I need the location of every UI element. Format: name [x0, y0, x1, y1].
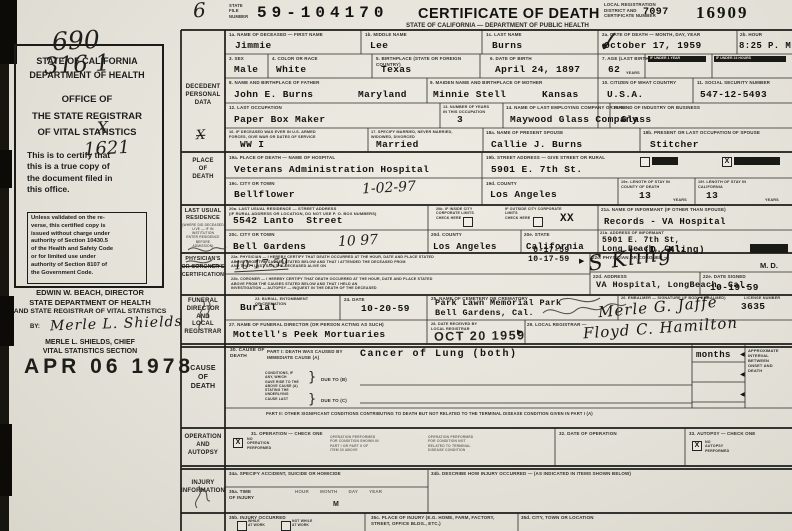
at-work-label: WHILE AT WORK — [248, 519, 265, 528]
funeral-director-value: Mottell's Peek Mortuaries — [233, 330, 386, 341]
stay-county-unit: YEARS — [673, 198, 687, 203]
conditions-label: CONDITIONS, IF ANY, WHICH GAVE RISE TO T… — [265, 371, 311, 401]
burial-date-label: 24. DATE — [344, 297, 365, 303]
street-checkbox-marked: X — [722, 157, 732, 167]
immediate-cause-value: Cancer of Lung (both) — [360, 349, 518, 361]
operation-option-1: OPERATION PERFORMED FOR CONDITION SHOWN … — [330, 435, 398, 452]
section-operation-autopsy: OPERATION AND AUTOPSY — [181, 434, 225, 457]
death-county-label: 19d. COUNTY — [486, 181, 517, 187]
cause-box-label: 30. CAUSE OF DEATH — [230, 348, 268, 360]
due-to-b-label: DUE TO (B) — [321, 377, 347, 383]
age-unit-label: YEARS — [626, 71, 640, 76]
typed-attendance-dates: 0-17-59 10-17-59 — [528, 246, 570, 264]
director-name-line: EDWIN W. BEACH, DIRECTOR — [2, 288, 178, 297]
death-city-value: Bellflower — [234, 190, 295, 201]
interval-arrow-1: ◀ — [740, 352, 745, 358]
certificate-number: 16909 — [696, 4, 749, 21]
date-signed-value: 10-19-59 — [710, 283, 759, 294]
hour-value: 8:25 P. M — [739, 41, 791, 51]
injury-city-label: 35d. CITY, TOWN OR LOCATION — [521, 515, 594, 521]
industry-label: 15. KIND OF INDUSTRY OR BUSINESS — [613, 105, 700, 111]
certificate-title: CERTIFICATE OF DEATH — [418, 7, 600, 22]
residence-city-label: 20c. CITY OR TOWN — [229, 232, 275, 238]
stay-state-unit: YEARS — [765, 198, 779, 203]
accident-specify-label: 34a. SPECIFY ACCIDENT, SUICIDE OR HOMICI… — [229, 471, 341, 477]
signer-label-bar — [750, 244, 788, 253]
occupation-label: 12. LAST OCCUPATION — [229, 105, 282, 111]
citizenship-label: 10. CITIZEN OF WHAT COUNTRY — [602, 80, 676, 86]
chief-name-line: MERLE L. SHIELDS, CHIEF — [20, 338, 160, 347]
no-autopsy-checkbox: X — [692, 441, 702, 451]
ssn-value: 547-12-5493 — [700, 90, 767, 101]
mother-birthplace-value: Kansas — [542, 90, 579, 101]
certificate-subtitle: STATE OF CALIFORNIA — DEPARTMENT OF PUBL… — [406, 23, 589, 29]
no-operation-checkbox: X — [233, 438, 243, 448]
validation-notice-box: Unless validated on the re- verse, this … — [27, 212, 147, 284]
not-at-work-label: NOT WHILE AT WORK — [292, 519, 312, 528]
time-columns-header: HOUR MONTH DAY YEAR — [295, 489, 382, 495]
sex-label: 3. SEX — [229, 56, 244, 62]
pointer-arrow-right: ▶ — [579, 258, 584, 265]
district-number: 7097 — [643, 7, 669, 19]
cause-part1-label: PART I: DEATH WAS CAUSED BY IMMEDIATE CA… — [267, 349, 357, 360]
describe-injury-label: 34b. DESCRIBE HOW INJURY OCCURRED — (AS … — [431, 471, 631, 477]
handwritten-six: 6 — [192, 0, 206, 20]
state-file-number-label: STATE FILE NUMBER — [229, 3, 259, 19]
stay-state-value: 13 — [706, 191, 718, 202]
by-label: BY: — [30, 324, 40, 330]
age-value: 62 — [608, 65, 620, 76]
occupation-value: Paper Box Maker — [234, 115, 326, 126]
conditions-brace-c: } — [308, 393, 316, 406]
physician-address-label: 22d. ADDRESS — [593, 274, 627, 280]
funeral-director-label: 27. NAME OF FUNERAL DIRECTOR (OR PERSON … — [229, 322, 384, 328]
race-label: 4. COLOR OR RACE — [272, 56, 318, 62]
employer-value: Maywood Glass Company — [510, 115, 638, 126]
section-last-usual-residence: LAST USUAL RESIDENCE — [181, 208, 225, 222]
no-operation-label: NO OPERATION PERFORMED — [247, 437, 271, 450]
years-occupation-value: 3 — [457, 115, 463, 126]
pointer-arrow-right-2: ▶ — [517, 329, 522, 336]
spouse-value: Callie J. Burns — [491, 140, 583, 151]
employer-label: 14. NAME OF LAST EMPLOYING COMPANY OR FI… — [506, 105, 626, 111]
section-certification-line3: CERTIFICATION — [181, 272, 225, 279]
outside-limits-checkbox — [533, 217, 543, 227]
date-of-death-label: 2a. DATE OF DEATH — MONTH, DAY, YEAR — [602, 32, 700, 38]
filing-date-stamp: APR 06 1978 — [24, 356, 194, 377]
father-birthplace-value: Maryland — [358, 90, 407, 101]
marital-value: Married — [376, 140, 419, 151]
received-date-stamp: OCT 20 1959 — [434, 329, 526, 343]
death-certificate-scan: STATE FILE NUMBER 59-104170 CERTIFICATE … — [0, 0, 792, 531]
sex-value: Male — [234, 65, 258, 76]
residence-city-value: Bell Gardens — [233, 242, 306, 253]
date-signed-label: 22e. DATE SIGNED — [703, 274, 746, 280]
death-street-value: 5901 E. 7th St. — [491, 165, 583, 176]
residence-state-label: 20e. STATE — [524, 232, 550, 238]
sidebar-office-line: OFFICE OF — [16, 94, 158, 105]
state-file-number: 59-104170 — [257, 4, 388, 22]
section-certification-line1: PHYSICIAN'S — [181, 256, 225, 263]
years-occupation-label: 13. NUMBER OF YEARS IN THIS OCCUPATION — [443, 105, 499, 114]
residence-county-value: Los Angeles — [433, 242, 497, 252]
local-registrar-label: 29. LOCAL REGISTRAR — — [527, 322, 587, 328]
first-name-value: Jimmie — [235, 41, 272, 52]
hospital-value: Veterans Administration Hospital — [234, 165, 429, 176]
last-name-value: Burns — [492, 41, 523, 52]
middle-name-value: Lee — [370, 41, 388, 52]
mother-name-value: Minnie Stell — [433, 90, 506, 101]
ssn-label: 11. SOCIAL SECURITY NUMBER — [697, 80, 770, 86]
death-street-label: 19b. STREET ADDRESS — GIVE STREET OR RUR… — [486, 155, 636, 161]
handwritten-city-note: 1-02-97 — [362, 180, 417, 197]
embalmer-license-value: 3635 — [741, 302, 765, 313]
residence-street-value: 5542 Lanto Street — [233, 216, 343, 227]
stay-county-value: 13 — [639, 191, 651, 202]
street-checkbox-empty — [640, 157, 650, 167]
place-of-injury-label: 35c. PLACE OF INJURY (E.G. HOME, FARM, F… — [371, 515, 511, 526]
meridiem-mark: M — [333, 501, 339, 508]
age-under-24-label: IF UNDER 24 HOURS — [716, 57, 751, 61]
middle-name-label: 1b. MIDDLE NAME — [365, 32, 407, 38]
due-to-c-label: DUE TO (C) — [321, 398, 347, 404]
father-label: 8. NAME AND BIRTHPLACE OF FATHER — [229, 80, 320, 86]
mother-label: 9. MAIDEN NAME AND BIRTHPLACE OF MOTHER — [430, 80, 542, 86]
sidebar-dept-line: DEPARTMENT OF HEALTH — [16, 70, 158, 81]
section-decedent-personal-data: DECEDENT PERSONAL DATA — [181, 84, 225, 107]
street-label-bar-2 — [734, 157, 780, 165]
at-work-checkbox — [237, 521, 247, 531]
citizenship-value: U.S.A. — [607, 90, 644, 101]
death-county-value: Los Angeles — [490, 190, 557, 201]
interval-arrow-2: ◀ — [740, 372, 745, 378]
industry-value: Glass — [621, 115, 652, 126]
birthplace-value: Texas — [381, 65, 412, 76]
spouse-label: 18a. NAME OF PRESENT SPOUSE — [486, 130, 563, 136]
sidebar-vital-line: OF VITAL STATISTICS — [16, 127, 158, 138]
section-certification-line2: OR CORONER'S — [181, 264, 225, 271]
military-value: WW I — [240, 140, 264, 151]
section-residence-note: (WHERE DID DECEASED LIVE — IF IN INSTITU… — [181, 223, 225, 248]
last-name-label: 1c. LAST NAME — [486, 32, 522, 38]
section-place-of-death: PLACE OF DEATH — [181, 158, 225, 181]
date-of-birth-value: April 24, 1897 — [495, 65, 580, 76]
degree-label: M. D. — [760, 262, 778, 270]
interval-label: APPROXIMATE INTERVAL BETWEEN ONSET AND D… — [748, 348, 790, 373]
spouse-occupation-label: 18b. PRESENT OR LAST OCCUPATION OF SPOUS… — [643, 130, 760, 136]
interval-arrow-3: ◀ — [740, 392, 745, 398]
residence-county-label: 20d. COUNTY — [431, 232, 462, 238]
race-value: White — [276, 65, 307, 76]
stay-county-label: 19e. LENGTH OF STAY IN COUNTY OF DEATH — [621, 180, 691, 189]
cemetery-value: Park Lawn Memorial Park Bell Gardens, Ca… — [435, 299, 562, 319]
autopsy-label: 33. AUTOPSY — CHECK ONE — [689, 431, 755, 437]
director-dept-line: STATE DEPARTMENT OF HEALTH — [2, 298, 178, 307]
date-of-birth-label: 6. DATE OF BIRTH — [490, 56, 532, 62]
informant-name-label: 21a. NAME OF INFORMANT (IF OTHER THAN SP… — [601, 207, 726, 213]
age-under-one-label: IF UNDER 1 YEAR — [650, 57, 680, 61]
burial-date-value: 10-20-59 — [361, 304, 410, 315]
operation-label: 31. OPERATION — CHECK ONE — [251, 431, 323, 437]
date-of-death-value: October 17, 1959 — [604, 41, 702, 52]
sidebar-registrar-line: THE STATE REGISTRAR — [16, 111, 158, 122]
death-city-label: 19c. CITY OR TOWN — [229, 181, 275, 187]
conditions-brace-b: } — [308, 371, 316, 384]
hospital-label: 19a. PLACE OF DEATH — NAME OF HOSPITAL — [229, 155, 335, 161]
not-at-work-checkbox — [281, 521, 291, 531]
inside-limits-checkbox — [463, 217, 473, 227]
informant-address-label: 21b. ADDRESS OF INFORMANT — [600, 230, 664, 235]
coroner-certify-label: 22b. CORONER — I HEREBY CERTIFY THAT DEA… — [231, 277, 531, 291]
informant-name-value: Records - VA Hospital — [604, 217, 726, 227]
no-autopsy-label: NO AUTOPSY PERFORMED — [705, 440, 729, 453]
cause-part2-label: PART II: OTHER SIGNIFICANT CONDITIONS CO… — [266, 411, 706, 416]
handwritten-crossed-x: X — [196, 129, 206, 142]
street-label-bar — [652, 157, 678, 165]
hour-label: 2b. HOUR — [740, 32, 762, 38]
father-name-value: John E. Burns — [234, 90, 313, 101]
sidebar-state-line: STATE OF CALIFORNIA — [16, 56, 158, 67]
operation-date-label: 32. DATE OF OPERATION — [559, 431, 617, 437]
handwritten-residence-note: 10 97 — [338, 233, 379, 249]
section-funeral-director: FUNERAL DIRECTOR AND LOCAL REGISTRAR — [181, 298, 225, 337]
interval-value: months — [696, 350, 731, 360]
first-name-label: 1a. NAME OF DECEASED — FIRST NAME — [229, 32, 323, 38]
limits-mark: XX — [560, 213, 574, 226]
burial-value: Burial — [240, 303, 277, 314]
section-injury-information: INJURY INFORMATION — [181, 480, 225, 496]
operation-option-2: OPERATION PERFORMED FOR CONDITION NOT RE… — [428, 435, 496, 452]
spouse-occupation-value: Stitcher — [650, 140, 699, 151]
certify-true-copy-text: This is to certify that this is a true c… — [27, 150, 153, 196]
time-of-injury-label: 35a. TIME OF INJURY — [229, 489, 254, 500]
stay-state-label: 19f. LENGTH OF STAY IN CALIFORNIA — [698, 180, 768, 189]
